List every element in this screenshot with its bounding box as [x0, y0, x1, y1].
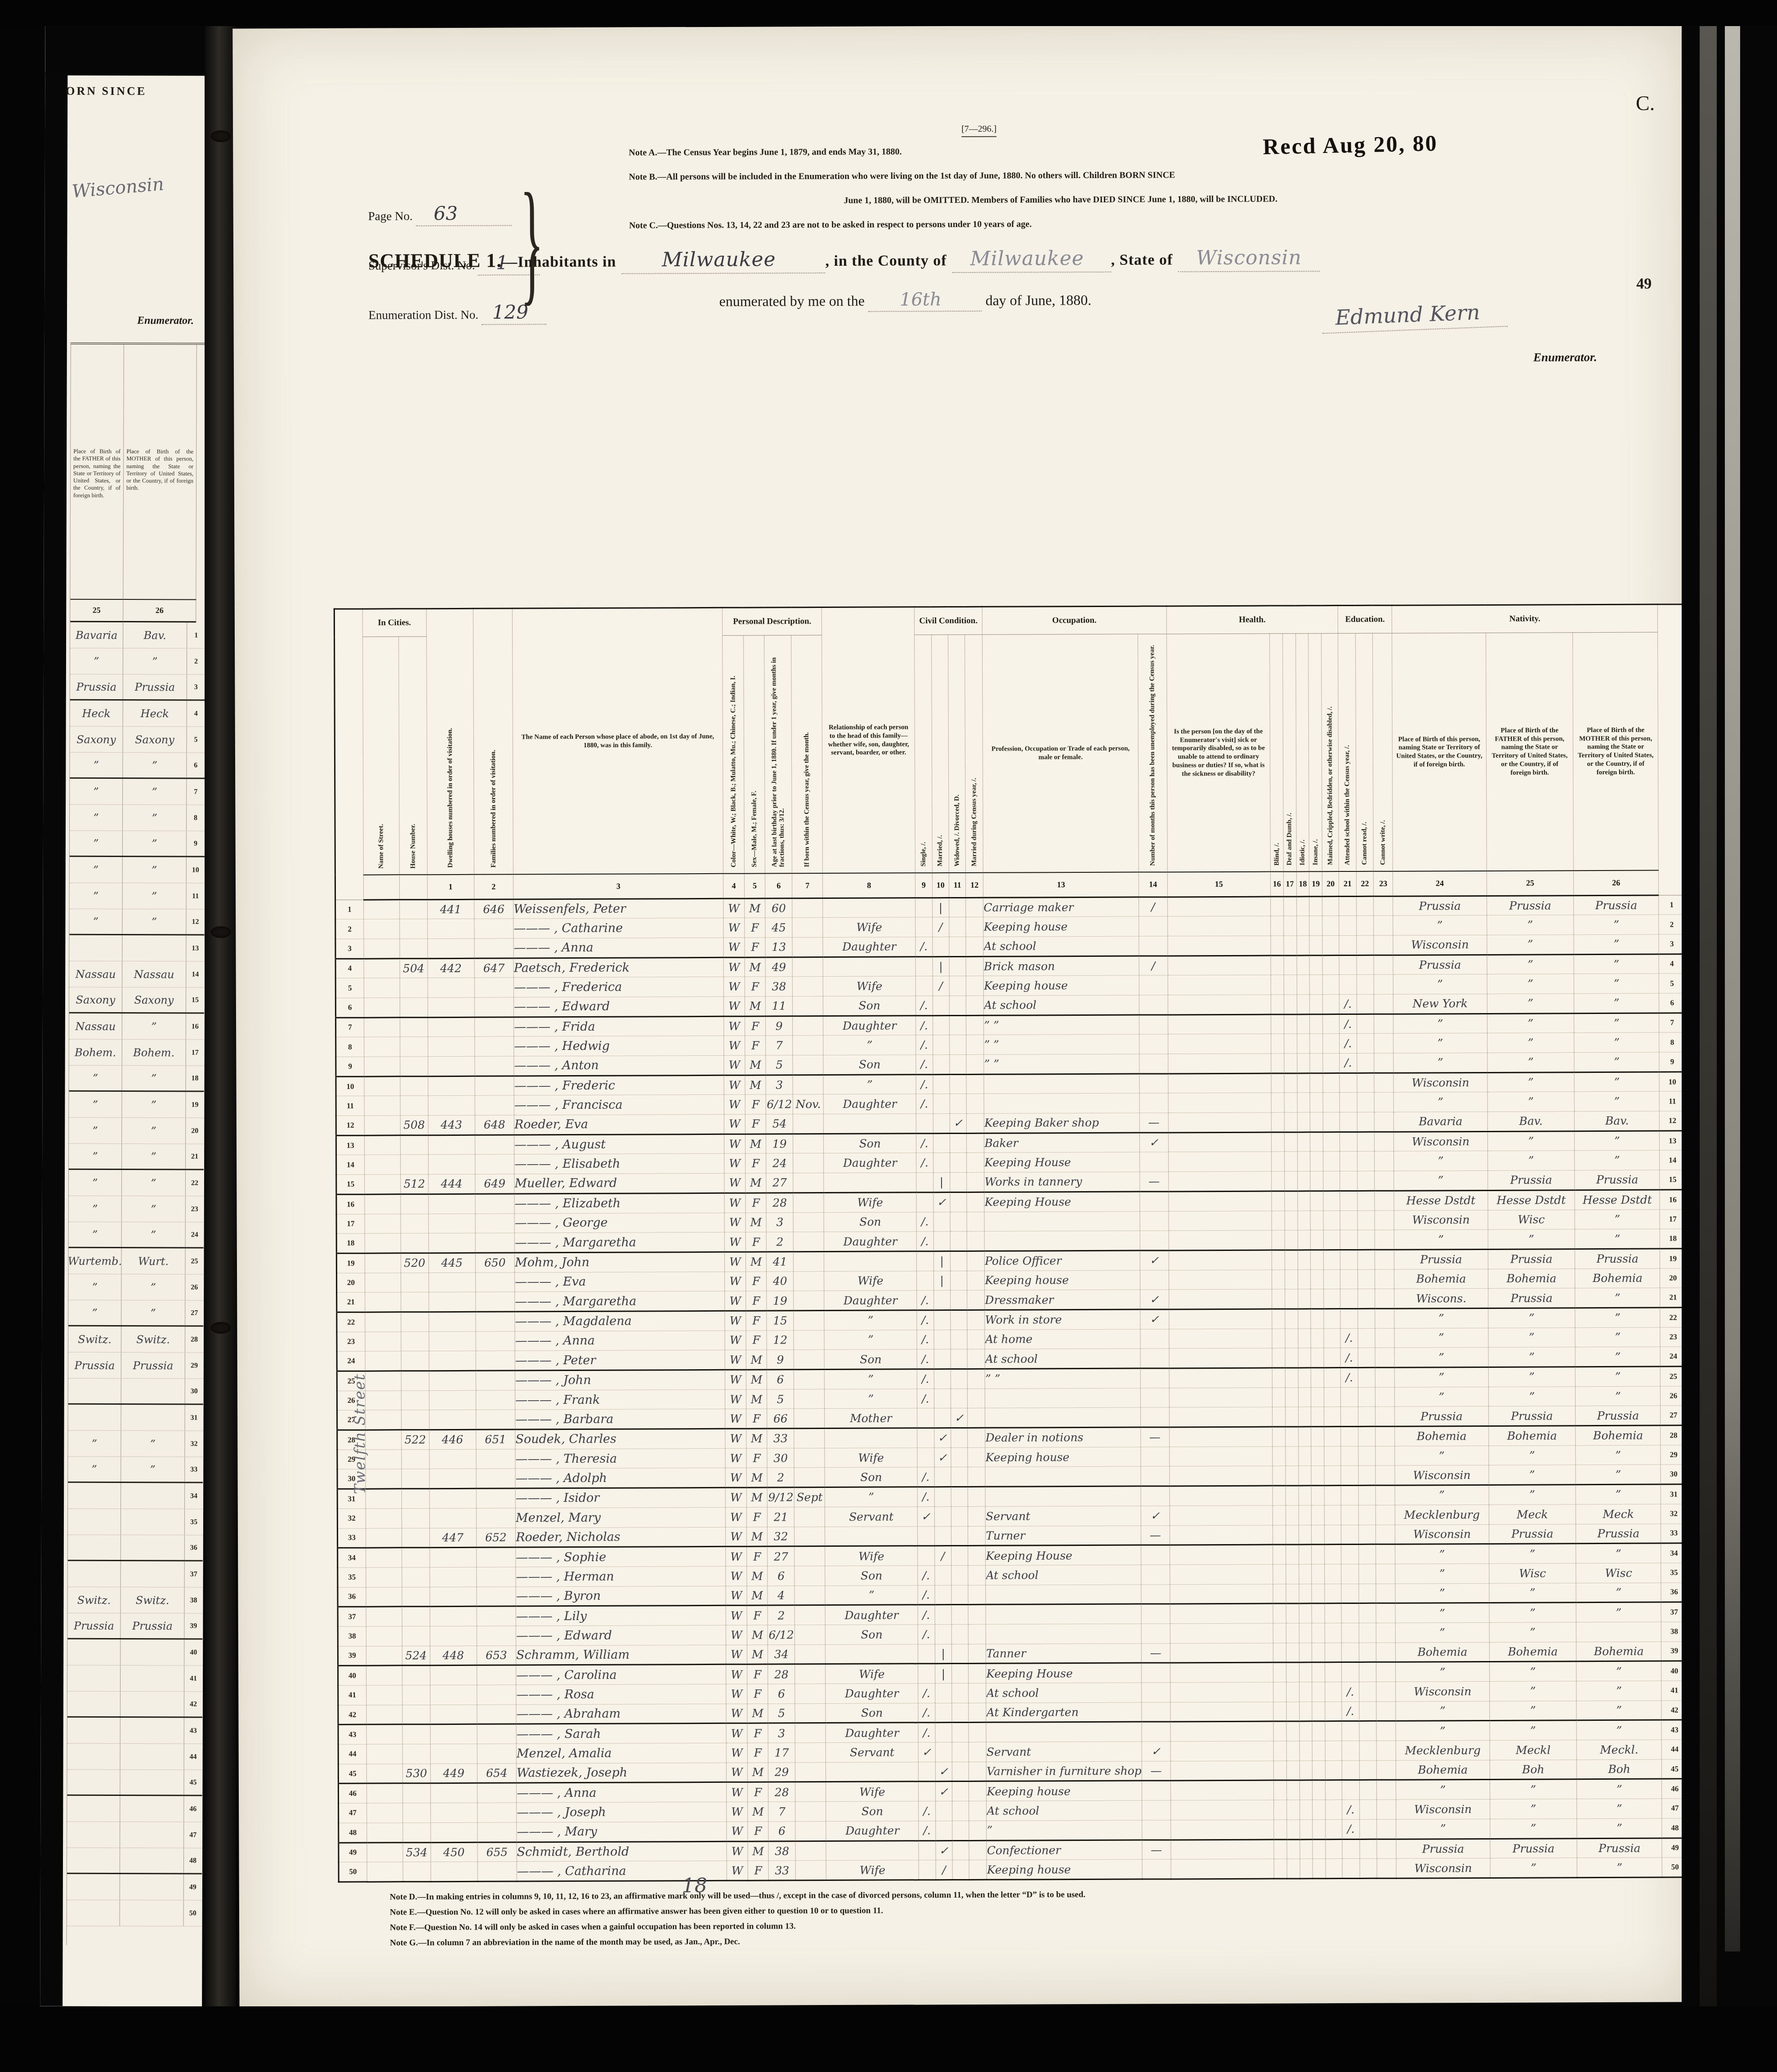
- cell-un: [1139, 995, 1168, 1015]
- prev-row-number: 13: [186, 935, 204, 961]
- column-header-cell: Maimed, Crippled, Bedridden, or otherwis…: [1322, 634, 1339, 872]
- cell-s: /.: [919, 1821, 936, 1841]
- cell-un: —: [1142, 1840, 1171, 1859]
- cell-s: [915, 976, 933, 996]
- cell-h18: [1297, 1191, 1310, 1211]
- cell-sick: [1170, 1584, 1273, 1604]
- cell-pf: ”: [1487, 994, 1574, 1014]
- cell-sex: M: [746, 1527, 768, 1547]
- cell-sex: M: [745, 1055, 766, 1075]
- cell-pb: ”: [1393, 1033, 1487, 1053]
- cell-age: 2: [767, 1232, 794, 1252]
- cell-color: W: [724, 1095, 745, 1115]
- cell-pf: ”: [1490, 1779, 1577, 1799]
- cell-house: [402, 1489, 429, 1509]
- cell-e21: [1341, 1525, 1359, 1545]
- row-number-left: 40: [338, 1666, 366, 1685]
- cell-s: [917, 1447, 934, 1467]
- cell-fam: [476, 1547, 516, 1567]
- cell-month: [795, 1743, 826, 1763]
- cell-m: [933, 1114, 950, 1134]
- cell-pm: ”: [1575, 1327, 1660, 1347]
- cell-sex: F: [745, 1114, 766, 1134]
- cell-sick: [1169, 1329, 1272, 1349]
- cell-e23: [1376, 1760, 1396, 1780]
- cell-pm: ”: [1574, 993, 1659, 1013]
- cell-un: ✓: [1139, 1133, 1168, 1152]
- cell-occ: Servant: [986, 1506, 1141, 1526]
- cell-month: [795, 1703, 826, 1723]
- prev-row-number: 19: [186, 1092, 204, 1117]
- cell-color: W: [726, 1605, 747, 1625]
- prev-father-birthplace: Prussia: [68, 1353, 121, 1378]
- cell-e21: [1342, 1859, 1360, 1879]
- cell-sex: M: [747, 1763, 768, 1782]
- cell-pb: Wiscons.: [1394, 1289, 1488, 1308]
- cell-e21: [1339, 1073, 1357, 1093]
- scan-bottom-border: [0, 2006, 1777, 2072]
- cell-m: [933, 1055, 950, 1075]
- prev-row-number: 34: [185, 1483, 203, 1509]
- cell-occ: Keeping House: [984, 1152, 1140, 1173]
- cell-h19: [1312, 1505, 1325, 1525]
- cell-sex: F: [748, 1822, 769, 1841]
- cell-m: [935, 1703, 952, 1723]
- cell-occ: Work in store: [985, 1309, 1140, 1330]
- cell-s: /.: [916, 1133, 933, 1153]
- cell-h16: [1271, 1054, 1284, 1073]
- prev-mother-birthplace: [120, 1874, 184, 1900]
- column-header-cell: Deaf and Dumb, /.: [1282, 634, 1296, 872]
- cell-occ: [985, 1407, 1141, 1428]
- cell-m: [934, 1389, 951, 1408]
- cell-color: W: [727, 1841, 748, 1861]
- cell-color: W: [725, 1389, 746, 1409]
- cell-street: [364, 1037, 400, 1057]
- prev-mother-birthplace: ”: [123, 883, 187, 909]
- enumeration-line: Enumeration Dist. No. 129: [368, 301, 546, 323]
- cell-sex: M: [746, 1370, 767, 1389]
- cell-wd: [950, 1094, 967, 1114]
- cell-h16: [1272, 1447, 1286, 1466]
- cell-h20: [1324, 1466, 1341, 1486]
- prev-row: ””8: [70, 805, 205, 831]
- cell-house: [399, 899, 427, 919]
- cell-e21: /.: [1339, 1034, 1357, 1054]
- cell-h20: [1324, 1289, 1340, 1309]
- cell-fam: [475, 1233, 515, 1253]
- prev-father-birthplace: Wurtemb.: [68, 1248, 121, 1274]
- cell-h16: [1272, 1230, 1285, 1250]
- prev-father-birthplace: ”: [68, 1457, 121, 1482]
- cell-pf: Prussia: [1489, 1524, 1576, 1544]
- cell-rel: Mother: [825, 1408, 917, 1428]
- cell-rel: Wife: [823, 976, 916, 996]
- prev-row: 48: [67, 1848, 202, 1875]
- cell-color: W: [726, 1763, 747, 1782]
- cell-e22: [1359, 1623, 1376, 1643]
- cell-pb: Bavaria: [1393, 1112, 1487, 1131]
- prev-row-number: 33: [185, 1457, 203, 1482]
- cell-h19: [1310, 1152, 1323, 1171]
- prev-row: ””32: [68, 1431, 203, 1457]
- cell-h19: [1313, 1760, 1326, 1780]
- cell-sick: [1170, 1545, 1272, 1564]
- cell-pm: [1576, 1622, 1661, 1642]
- cell-pm: ”: [1577, 1818, 1662, 1838]
- cell-house: [400, 1037, 428, 1057]
- cell-pb: ”: [1393, 1053, 1487, 1072]
- cell-s: ✓: [917, 1507, 934, 1527]
- cell-month: [792, 898, 823, 918]
- cell-h17: [1283, 896, 1296, 916]
- cell-rel: Daughter: [826, 1683, 918, 1703]
- cell-m: [933, 1291, 951, 1310]
- cell-h20: [1323, 1230, 1340, 1250]
- cell-month: [795, 1664, 826, 1684]
- prev-row: BavariaBav.1: [70, 622, 205, 649]
- prev-row-number: 44: [184, 1744, 202, 1769]
- prev-row: 30: [68, 1379, 203, 1405]
- cell-color: W: [726, 1527, 747, 1547]
- schedule-title: SCHEDULE 1.—Inhabitants in Milwaukee, in…: [368, 246, 1320, 272]
- cell-sick: [1170, 1781, 1273, 1800]
- cell-e22: [1357, 1191, 1375, 1210]
- cell-name: ——— , Frederica: [513, 977, 723, 997]
- prev-row: ””2: [70, 648, 205, 675]
- cell-e21: /.: [1339, 994, 1357, 1014]
- cell-fam: [477, 1705, 516, 1724]
- note-e: Note E.—Question No. 12 will only be ask…: [390, 1903, 1604, 1917]
- cell-month: [795, 1585, 826, 1605]
- prev-row: ””19: [69, 1092, 204, 1118]
- cell-s: /.: [918, 1625, 935, 1644]
- column-header-cell: Widowed, /. Divorced, D.: [948, 634, 965, 873]
- cell-dw: 445: [429, 1253, 475, 1273]
- cell-pm: ”: [1576, 1543, 1661, 1563]
- column-number: 6: [765, 873, 792, 898]
- corner-letter: C.: [1636, 91, 1655, 115]
- cell-dw: [428, 1096, 475, 1116]
- column-header-cell: Age at last birthday prior to June 1, 18…: [764, 635, 792, 874]
- column-number: 4: [723, 874, 745, 898]
- stitch-icon: [211, 1322, 231, 1334]
- cell-wd: [952, 1821, 969, 1840]
- prev-col26-number: 26: [123, 599, 196, 622]
- cell-name: ——— , Lily: [516, 1606, 726, 1626]
- cell-h19: [1311, 1466, 1324, 1486]
- cell-h16: [1271, 1073, 1284, 1093]
- prev-father-birthplace: ”: [69, 909, 122, 934]
- cell-h17: [1285, 1230, 1298, 1250]
- cell-h20: [1323, 1034, 1339, 1054]
- cell-h16: [1272, 1466, 1286, 1486]
- column-header-rel: Relationship of each person to the head …: [822, 720, 915, 760]
- cell-street: [363, 899, 399, 919]
- cell-e23: [1375, 1407, 1395, 1427]
- cell-h19: [1310, 1054, 1323, 1073]
- cell-e22: [1359, 1741, 1377, 1760]
- cell-rel: Son: [826, 1703, 918, 1723]
- cell-mc: [966, 1015, 984, 1035]
- prev-father-birthplace: [68, 1379, 121, 1403]
- prev-page-nativity-columns: Place of Birth of the FATHER of this per…: [67, 343, 206, 1946]
- column-number: 22: [1356, 871, 1374, 896]
- cell-wd: [951, 1526, 968, 1546]
- row-number-left: 49: [339, 1843, 367, 1862]
- cell-house: 524: [402, 1646, 430, 1666]
- cell-s: [915, 898, 933, 917]
- cell-e23: [1375, 1171, 1394, 1191]
- cell-pf: ”: [1489, 1445, 1576, 1465]
- cell-color: W: [724, 1252, 746, 1272]
- cell-age: 15: [767, 1311, 794, 1331]
- cell-e22: [1358, 1367, 1375, 1387]
- cell-mc: [969, 1840, 987, 1860]
- row-number-left: 45: [338, 1764, 366, 1784]
- cell-e22: [1358, 1407, 1375, 1427]
- cell-h19: [1312, 1701, 1325, 1721]
- cell-h19: [1310, 1112, 1323, 1132]
- column-number: 7: [792, 873, 823, 898]
- cell-h17: [1286, 1682, 1299, 1702]
- cell-sick: [1169, 1211, 1272, 1231]
- cell-h20: [1325, 1584, 1341, 1603]
- prev-row: 34: [68, 1483, 203, 1509]
- stitch-icon: [211, 926, 231, 938]
- cell-occ: Keeping House: [986, 1663, 1142, 1683]
- cell-h19: [1313, 1859, 1326, 1879]
- column-header-dw: Dwelling houses numbered in order of vis…: [446, 723, 455, 871]
- cell-age: 5: [767, 1389, 794, 1409]
- cell-e23: [1375, 1466, 1395, 1486]
- cell-h20: [1325, 1682, 1342, 1702]
- cell-rel: [826, 1644, 918, 1664]
- cell-un: [1142, 1722, 1170, 1742]
- prev-mother-birthplace: ”: [123, 831, 187, 856]
- cell-mc: [967, 1310, 985, 1330]
- prev-row-number: 38: [184, 1587, 202, 1613]
- cell-age: 24: [766, 1153, 793, 1173]
- cell-m: [935, 1742, 952, 1762]
- cell-h18: [1297, 1112, 1310, 1132]
- cell-fam: 651: [476, 1429, 515, 1449]
- cell-e23: [1376, 1505, 1395, 1525]
- cell-h20: [1324, 1269, 1340, 1289]
- prev-row-number: 24: [186, 1222, 204, 1247]
- cell-street: [366, 1548, 402, 1567]
- cell-house: [400, 1155, 428, 1174]
- cell-h19: [1311, 1250, 1324, 1270]
- cell-rel: Son: [825, 1349, 917, 1369]
- column-header-h16: Blind, /.: [1272, 838, 1281, 869]
- prev-row: ””9: [70, 831, 205, 857]
- cell-pb: Mecklenburg: [1396, 1740, 1490, 1760]
- cell-e21: [1341, 1584, 1359, 1603]
- row-number-left: 1: [335, 900, 364, 920]
- cell-dw: [430, 1803, 477, 1822]
- cell-e23: [1375, 1446, 1395, 1466]
- prev-father-birthplace: ”: [70, 857, 123, 883]
- cell-un: —: [1141, 1643, 1170, 1663]
- cell-pm: Prussia: [1577, 1838, 1662, 1858]
- cell-wd: [951, 1310, 968, 1330]
- cell-h19: [1312, 1643, 1325, 1662]
- prev-father-birthplace: [67, 1822, 120, 1848]
- cell-h16: [1272, 1427, 1286, 1447]
- cell-un: [1142, 1702, 1170, 1722]
- cell-street: [366, 1764, 402, 1784]
- prev-mother-birthplace: [121, 1405, 185, 1430]
- prev-row: ””10: [70, 857, 205, 884]
- cell-pm: ”: [1576, 1484, 1661, 1504]
- cell-m: ✓: [935, 1782, 952, 1801]
- cell-house: [401, 1273, 429, 1292]
- page-edge-streak: [1700, 0, 1717, 2023]
- cell-pf: ”: [1487, 1072, 1575, 1092]
- cell-month: [795, 1782, 826, 1802]
- cell-name: ——— , Frank: [515, 1389, 725, 1410]
- cell-name: Soudek, Charles: [515, 1429, 725, 1449]
- cell-dw: [429, 1214, 475, 1233]
- column-number: [363, 875, 399, 899]
- cell-e21: /.: [1342, 1682, 1359, 1701]
- cell-e23: [1374, 994, 1393, 1014]
- cell-age: 7: [766, 1036, 793, 1055]
- cell-occ: At school: [985, 1349, 1140, 1369]
- cell-h16: [1271, 1093, 1284, 1112]
- prev-mother-birthplace: ”: [121, 1431, 185, 1456]
- cell-s: /.: [918, 1683, 935, 1703]
- cell-h17: [1286, 1564, 1299, 1584]
- cell-sick: [1170, 1761, 1273, 1781]
- cell-wd: [949, 956, 966, 976]
- cell-pm: ”: [1576, 1445, 1661, 1465]
- cell-h20: [1325, 1701, 1342, 1721]
- cell-house: [401, 1194, 429, 1214]
- column-header-m: Married, /.: [936, 831, 945, 871]
- column-number: 3: [513, 874, 723, 899]
- cell-fam: [475, 1154, 514, 1174]
- cell-h18: [1299, 1701, 1312, 1721]
- cell-s: [916, 1251, 933, 1271]
- cell-dw: 449: [430, 1764, 477, 1783]
- column-header-street: Name of Street.: [376, 819, 386, 872]
- cell-h18: [1299, 1662, 1312, 1682]
- cell-fam: [475, 1312, 515, 1331]
- cell-h18: [1298, 1289, 1311, 1309]
- cell-m: /: [932, 917, 949, 937]
- cell-sick: [1170, 1682, 1273, 1702]
- prev-row-number: 23: [186, 1196, 204, 1222]
- cell-m: ✓: [935, 1840, 952, 1860]
- cell-h19: [1311, 1289, 1324, 1309]
- column-number: 13: [983, 872, 1139, 898]
- cell-name: Paetsch, Frederick: [513, 957, 723, 978]
- cell-e21: [1341, 1466, 1358, 1486]
- cell-e22: [1360, 1858, 1377, 1878]
- cell-h17: [1285, 1191, 1298, 1211]
- cell-m: [934, 1526, 951, 1546]
- cell-pb: Wisconsin: [1396, 1800, 1490, 1819]
- cell-age: 12: [767, 1330, 794, 1350]
- cell-occ: [985, 1388, 1141, 1408]
- form-code: [7—296.]: [961, 124, 996, 137]
- cell-h17: [1287, 1839, 1300, 1859]
- column-number: 17: [1283, 871, 1296, 896]
- cell-age: 5: [766, 1055, 793, 1075]
- cell-fam: [474, 919, 513, 938]
- cell-wd: [952, 1762, 969, 1782]
- cell-h16: [1273, 1780, 1286, 1800]
- cell-h16: [1273, 1761, 1286, 1781]
- column-header-cell: Cannot read, /.: [1355, 633, 1373, 871]
- cell-wd: [949, 1015, 966, 1035]
- cell-house: [400, 998, 428, 1018]
- cell-sex: F: [747, 1664, 768, 1684]
- cell-h19: [1310, 1014, 1323, 1034]
- cell-un: ✓: [1140, 1290, 1169, 1309]
- cell-un: [1140, 1349, 1169, 1368]
- cell-street: [364, 1116, 400, 1135]
- cell-occ: At school: [983, 936, 1139, 956]
- cell-un: [1141, 1407, 1170, 1427]
- cell-sick: [1170, 1564, 1272, 1584]
- cell-dw: [428, 1155, 475, 1174]
- cell-sex: F: [746, 1311, 767, 1331]
- county-value: Milwaukee: [952, 247, 1111, 273]
- cell-m: [934, 1506, 951, 1526]
- cell-e23: [1374, 1073, 1393, 1093]
- cell-pf: Wisc: [1488, 1210, 1575, 1229]
- cell-wd: [952, 1742, 969, 1762]
- cell-dw: [429, 1390, 476, 1410]
- cell-s: /.: [918, 1703, 935, 1723]
- cell-h20: [1325, 1662, 1342, 1682]
- cell-h18: [1299, 1545, 1312, 1564]
- cell-rel: [826, 1762, 919, 1782]
- cell-pb: ”: [1393, 974, 1487, 994]
- cell-m: [933, 996, 950, 1016]
- cell-h18: [1298, 1250, 1311, 1270]
- cell-h16: [1274, 1859, 1287, 1879]
- cell-h19: [1313, 1819, 1326, 1839]
- cell-color: W: [725, 1429, 746, 1448]
- cell-un: —: [1139, 1113, 1168, 1133]
- cell-h19: [1310, 1191, 1323, 1211]
- cell-h17: [1286, 1780, 1299, 1800]
- page-stack-edge: [1682, 0, 1777, 2072]
- prev-row-number: 42: [184, 1692, 202, 1716]
- enumerated-day: 16th: [868, 289, 982, 312]
- cell-m: /: [934, 1546, 951, 1566]
- cell-pb: ”: [1396, 1662, 1490, 1682]
- cell-color: W: [724, 1036, 745, 1055]
- cell-rel: Son: [825, 1467, 917, 1487]
- cell-street: [366, 1626, 402, 1646]
- cell-un: [1141, 1624, 1170, 1643]
- cell-s: /.: [917, 1330, 934, 1349]
- cell-m: [933, 1094, 950, 1114]
- cell-mc: [968, 1369, 985, 1389]
- group-header: Occupation.: [982, 606, 1166, 634]
- cell-pb: Wisconsin: [1395, 1465, 1489, 1485]
- scan-top-border: [0, 0, 1777, 26]
- cell-name: ——— , Theresia: [515, 1448, 725, 1469]
- prev-row-number: 17: [186, 1040, 204, 1065]
- prev-mother-birthplace: ”: [122, 1196, 186, 1222]
- cell-s: /.: [917, 1389, 934, 1408]
